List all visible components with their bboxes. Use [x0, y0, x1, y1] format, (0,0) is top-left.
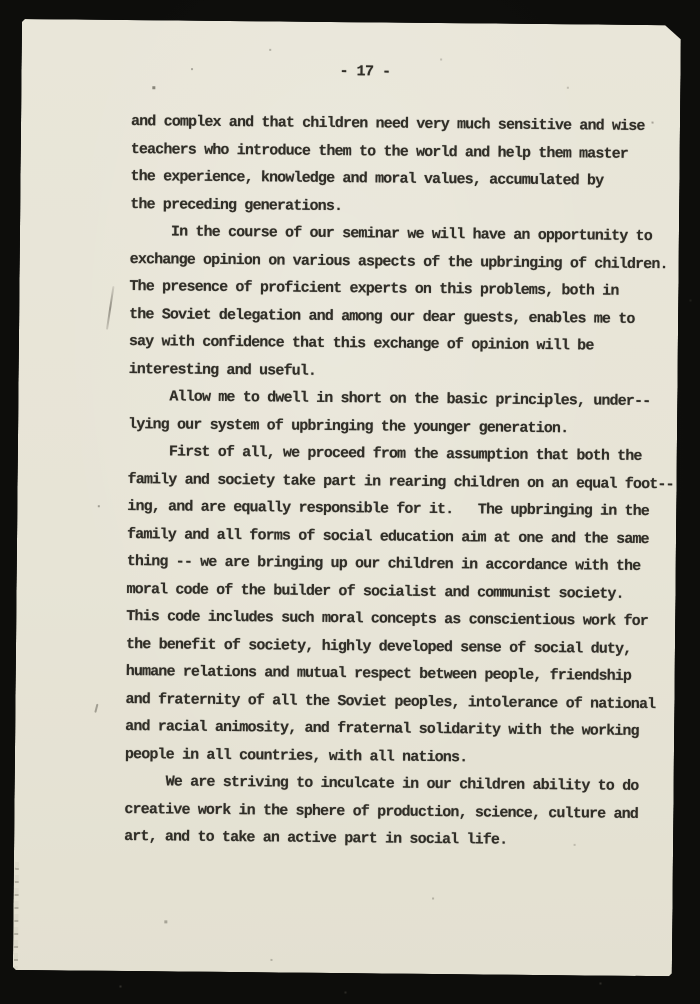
pen-slash-mark	[106, 286, 115, 330]
page-number: - 17 -	[339, 62, 390, 82]
pen-tick-mark	[94, 704, 98, 713]
paragraph: In the course of our seminar we will hav…	[129, 218, 691, 388]
text-line: art, and to take an active part in socia…	[124, 823, 684, 856]
paragraph: We are striving to inculcate in our chil…	[124, 768, 685, 856]
scan-dust	[0, 0, 1, 1]
page-body: and complex and that children need very …	[124, 108, 691, 856]
paragraph: and complex and that children need very …	[130, 108, 691, 223]
paper-specks	[22, 19, 23, 20]
paragraph: First of all, we proceed from the assump…	[125, 438, 688, 773]
document-page: - 17 - and complex and that children nee…	[13, 19, 681, 976]
scanner-background: - 17 - and complex and that children nee…	[0, 0, 700, 1004]
paragraph: Allow me to dwell in short on the basic …	[128, 383, 689, 443]
edge-scratch-mark	[14, 859, 19, 979]
